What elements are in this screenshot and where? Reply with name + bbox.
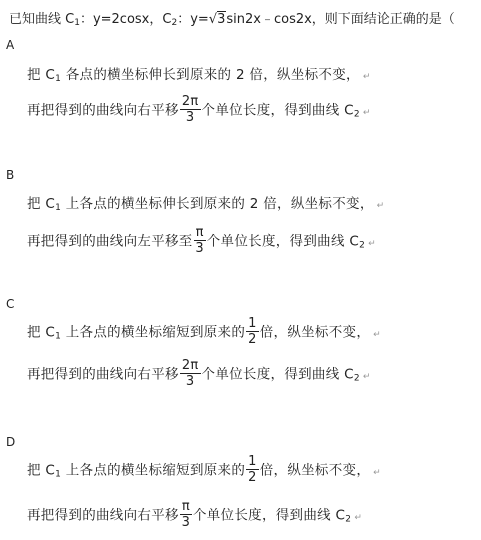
option-d-line2-post: 个单位长度，得到曲线 C — [193, 508, 345, 524]
fraction: 2π3 — [180, 95, 201, 124]
option-d-line1-text: 上各点的横坐标缩短到原来的 — [61, 463, 245, 479]
option-b-line1-text: 上各点的横坐标伸长到原来的 2 倍，纵坐标不变， — [61, 196, 373, 212]
fraction-numerator: 1 — [246, 317, 259, 332]
option-c-line1-post: 倍，纵坐标不变， — [260, 325, 370, 341]
fraction: 12 — [246, 455, 259, 484]
option-c-line-1: 把 C1 上各点的横坐标缩短到原来的12倍，纵坐标不变，↵ — [27, 318, 381, 347]
option-d-line-2: 再把得到的曲线向右平移π3个单位长度，得到曲线 C2↵ — [27, 501, 362, 530]
answer-blank-close-paren: ） — [455, 8, 481, 27]
option-c-label[interactable]: C — [6, 297, 14, 311]
option-d-line1-pre: 把 C — [27, 463, 55, 479]
option-d-line1-post: 倍，纵坐标不变， — [260, 463, 370, 479]
paragraph-mark-icon: ↵ — [363, 372, 371, 382]
fraction-denominator: 2 — [248, 470, 257, 484]
sqrt-radical-icon: √ — [209, 12, 217, 27]
question-prefix: 已知曲线 C — [9, 12, 74, 27]
option-d-line-1: 把 C1 上各点的横坐标缩短到原来的12倍，纵坐标不变，↵ — [27, 456, 381, 485]
paragraph-mark-icon: ↵ — [368, 239, 376, 249]
option-a-line2-pre: 再把得到的曲线向右平移 — [27, 103, 179, 119]
fraction-denominator: 3 — [195, 241, 204, 255]
option-b-line2-post: 个单位长度，得到曲线 C — [207, 234, 359, 250]
fraction-denominator: 2 — [248, 332, 257, 346]
c2-equation-start: ：y= — [177, 12, 209, 27]
fraction: 2π3 — [180, 359, 201, 388]
option-b-line-1: 把 C1 上各点的横坐标伸长到原来的 2 倍，纵坐标不变，↵ — [27, 192, 384, 213]
option-a-line1-text: 各点的横坐标伸长到原来的 2 倍，纵坐标不变， — [61, 67, 360, 83]
option-c-line2-pre: 再把得到的曲线向右平移 — [27, 367, 179, 383]
option-b-line1-pre: 把 C — [27, 196, 55, 212]
fraction: 12 — [246, 317, 259, 346]
paragraph-mark-icon: ↵ — [377, 201, 385, 211]
option-c-line2-post: 个单位长度，得到曲线 C — [202, 367, 354, 383]
sqrt-radicand: 3 — [217, 11, 226, 27]
c2-subscript: 2 — [354, 110, 360, 120]
option-d-line2-pre: 再把得到的曲线向右平移 — [27, 508, 179, 524]
fraction-numerator: π — [180, 500, 192, 515]
fraction: π3 — [194, 226, 206, 255]
option-a-line-1: 把 C1 各点的横坐标伸长到原来的 2 倍，纵坐标不变，↵ — [27, 63, 371, 84]
fraction: π3 — [180, 500, 192, 529]
option-c-line1-text: 上各点的横坐标缩短到原来的 — [61, 325, 245, 341]
paragraph-mark-icon: ↵ — [363, 72, 371, 82]
paragraph-mark-icon: ↵ — [354, 513, 362, 523]
c2-equation-end: sin2x﹣cos2x，则下面结论正确的是（ — [226, 12, 454, 27]
sqrt-expression: √3 — [209, 12, 227, 27]
option-a-label[interactable]: A — [6, 38, 14, 52]
option-a-line1-pre: 把 C — [27, 67, 55, 83]
option-b-label[interactable]: B — [6, 168, 14, 182]
fraction-numerator: 2π — [180, 359, 201, 374]
option-b-line2-pre: 再把得到的曲线向左平移至 — [27, 234, 193, 250]
option-b-line-2: 再把得到的曲线向左平移至π3个单位长度，得到曲线 C2↵ — [27, 227, 376, 256]
c2-subscript: 2 — [359, 241, 365, 251]
c1-equation: ：y=2cosx，C — [80, 12, 172, 27]
fraction-numerator: 1 — [246, 455, 259, 470]
option-c-line-2: 再把得到的曲线向右平移2π3个单位长度，得到曲线 C2↵ — [27, 360, 371, 389]
option-d-label[interactable]: D — [6, 435, 15, 449]
paragraph-mark-icon: ↵ — [373, 468, 381, 478]
paragraph-mark-icon: ↵ — [373, 330, 381, 340]
option-c-line1-pre: 把 C — [27, 325, 55, 341]
option-a-line-2: 再把得到的曲线向右平移2π3个单位长度，得到曲线 C2↵ — [27, 96, 371, 125]
c2-subscript: 2 — [345, 515, 351, 525]
fraction-numerator: 2π — [180, 95, 201, 110]
c2-subscript: 2 — [354, 374, 360, 384]
question-stem: 已知曲线 C1：y=2cosx，C2：y=√3sin2x﹣cos2x，则下面结论… — [9, 8, 481, 28]
paragraph-mark-icon: ↵ — [363, 108, 371, 118]
fraction-numerator: π — [194, 226, 206, 241]
fraction-denominator: 3 — [186, 110, 195, 124]
fraction-denominator: 3 — [186, 374, 195, 388]
option-a-line2-post: 个单位长度，得到曲线 C — [202, 103, 354, 119]
fraction-denominator: 3 — [182, 515, 191, 529]
